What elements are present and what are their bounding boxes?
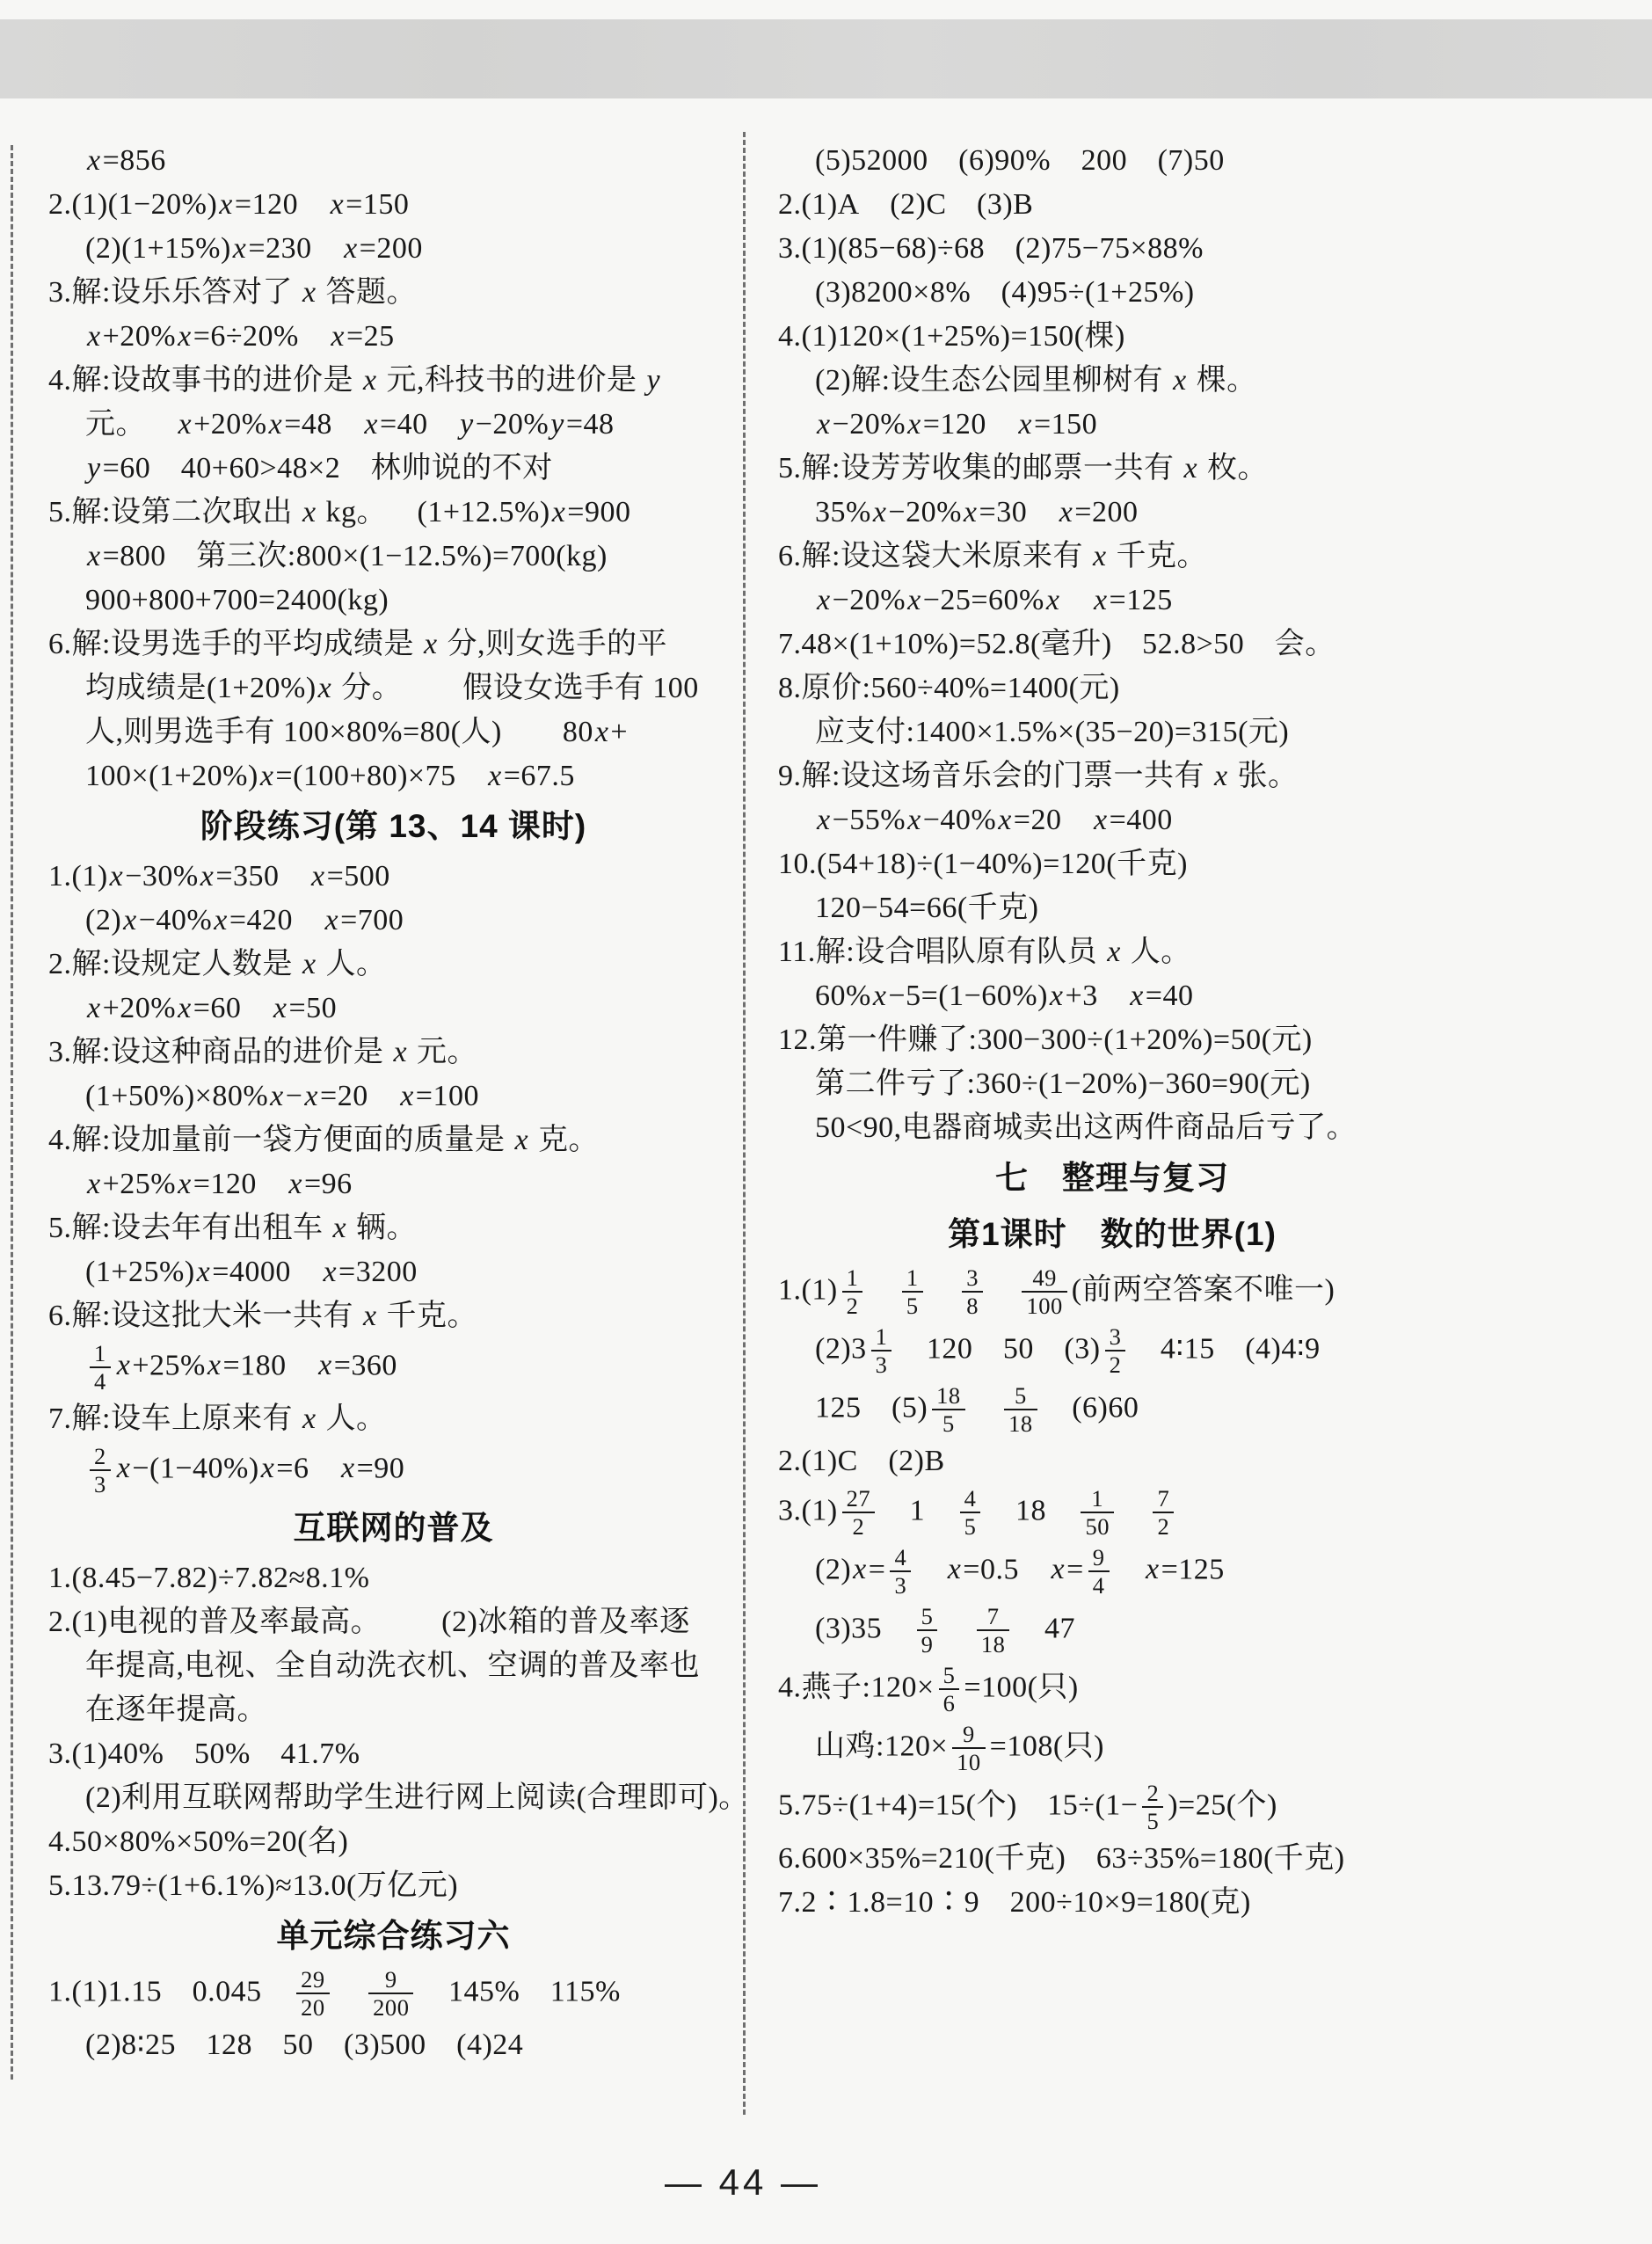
math-variable: y bbox=[645, 364, 663, 397]
answer-line: 6.解:设男选手的平均成绩是 x 分,则女选手的平 bbox=[48, 623, 739, 667]
answer-line: 6.解:设这批大米一共有 x 千克。 bbox=[48, 1294, 739, 1338]
math-variable: x bbox=[815, 584, 833, 616]
answer-line: 均成绩是(1+20%)x 分。 假设女选手有 100 bbox=[48, 667, 739, 710]
math-variable: x bbox=[324, 904, 341, 936]
answer-line: 7.2∶1.8=10∶9 200÷10×9=180(克) bbox=[778, 1881, 1446, 1925]
math-variable: x bbox=[1092, 584, 1110, 616]
fraction: 12 bbox=[842, 1264, 863, 1320]
math-variable: x bbox=[85, 320, 103, 353]
answer-line: (2)x=43 x=0.5 x=94 x=125 bbox=[778, 1542, 1446, 1601]
math-variable: x bbox=[1049, 1553, 1066, 1585]
answer-line: 14x+25%x=180 x=360 bbox=[48, 1338, 739, 1397]
answer-line: 7.48×(1+10%)=52.8(毫升) 52.8>50 会。 bbox=[778, 623, 1446, 667]
fraction: 94 bbox=[1088, 1544, 1110, 1599]
answer-line: 120−54=66(千克) bbox=[778, 886, 1446, 930]
math-variable: x bbox=[317, 1349, 334, 1381]
math-variable: x bbox=[217, 188, 235, 221]
math-variable: x bbox=[176, 320, 193, 353]
answer-line: 5.解:设去年有出租车 x 辆。 bbox=[48, 1206, 739, 1250]
math-variable: x bbox=[962, 496, 979, 528]
answer-line: 50<90,电器商城卖出这两件商品后亏了。 bbox=[778, 1106, 1446, 1150]
math-variable: x bbox=[108, 860, 126, 892]
scan-top-band bbox=[0, 19, 1652, 98]
answer-line: x+25%x=120 x=96 bbox=[48, 1162, 739, 1206]
answer-line: 10.(54+18)÷(1−40%)=120(千克) bbox=[778, 842, 1446, 886]
math-variable: x bbox=[1144, 1553, 1161, 1585]
answer-line: 4.50×80%×50%=20(名) bbox=[48, 1820, 739, 1864]
fraction: 150 bbox=[1081, 1485, 1114, 1541]
fraction: 14 bbox=[90, 1340, 111, 1395]
math-variable: x bbox=[199, 860, 216, 892]
fraction: 23 bbox=[90, 1443, 111, 1498]
answer-line: (2)313 120 50 (3)32 4∶15 (4)4∶9 bbox=[778, 1322, 1446, 1381]
answer-line: 3.(1)40% 50% 41.7% bbox=[48, 1732, 739, 1776]
answer-line: (2)x−40%x=420 x=700 bbox=[48, 899, 739, 943]
math-variable: x bbox=[176, 992, 193, 1024]
answer-line: 2.(1)(1−20%)x=120 x=150 bbox=[48, 183, 739, 227]
answer-line: 3.(1)272 1 45 18 150 72 bbox=[778, 1483, 1446, 1542]
math-variable: x bbox=[851, 1553, 869, 1585]
answer-line: 8.原价:560÷40%=1400(元) bbox=[778, 667, 1446, 710]
fraction: 9200 bbox=[368, 1966, 413, 2022]
answer-line: x=800 第三次:800×(1−12.5%)=700(kg) bbox=[48, 535, 739, 579]
math-variable: x bbox=[85, 540, 103, 572]
math-variable: x bbox=[906, 584, 923, 616]
answer-line: y=60 40+60>48×2 林帅说的不对 bbox=[48, 447, 739, 491]
answer-line: 2.(1)电视的普及率最高。 (2)冰箱的普及率逐 bbox=[48, 1600, 739, 1644]
answer-line: 4.燕子:120×56=100(只) bbox=[778, 1660, 1446, 1719]
fraction: 518 bbox=[1004, 1382, 1037, 1438]
fraction: 38 bbox=[962, 1264, 983, 1320]
answer-line: (2)8∶25 128 50 (3)500 (4)24 bbox=[48, 2023, 739, 2067]
math-variable: x bbox=[361, 364, 379, 397]
column-left: x=8562.(1)(1−20%)x=120 x=150(2)(1+15%)x=… bbox=[48, 139, 739, 2067]
fraction: 49100 bbox=[1022, 1264, 1066, 1320]
math-variable: x bbox=[272, 992, 289, 1024]
answer-line: 35%x−20%x=30 x=200 bbox=[778, 491, 1446, 535]
fraction: 185 bbox=[932, 1382, 965, 1438]
math-variable: x bbox=[1171, 364, 1189, 397]
section-heading: 单元综合练习六 bbox=[48, 1908, 739, 1964]
math-variable: x bbox=[398, 1080, 416, 1112]
math-variable: x bbox=[361, 1300, 379, 1332]
math-variable: x bbox=[115, 1349, 133, 1381]
fraction: 910 bbox=[952, 1721, 986, 1776]
math-variable: x bbox=[85, 144, 103, 177]
math-variable: x bbox=[422, 628, 440, 660]
math-variable: x bbox=[996, 804, 1014, 836]
math-variable: x bbox=[206, 1349, 223, 1381]
math-variable: y bbox=[549, 408, 566, 441]
fraction: 45 bbox=[960, 1485, 981, 1541]
answer-line: 1.(1)x−30%x=350 x=500 bbox=[48, 855, 739, 899]
answer-line: 7.解:设车上原来有 x 人。 bbox=[48, 1397, 739, 1441]
math-variable: x bbox=[362, 408, 380, 441]
answer-line: 60%x−5=(1−60%)x+3 x=40 bbox=[778, 974, 1446, 1018]
math-variable: x bbox=[906, 408, 923, 441]
answer-line: (1+50%)×80%x−x=20 x=100 bbox=[48, 1075, 739, 1118]
fraction: 15 bbox=[902, 1264, 923, 1320]
math-variable: x bbox=[1105, 936, 1123, 968]
fraction: 2920 bbox=[296, 1966, 330, 2022]
answer-line: 在逐年提高。 bbox=[48, 1688, 739, 1732]
math-variable: x bbox=[593, 716, 611, 748]
math-variable: x bbox=[550, 496, 568, 528]
math-variable: x bbox=[342, 232, 360, 265]
answer-line: 3.解:设这种商品的进价是 x 元。 bbox=[48, 1031, 739, 1075]
math-variable: x bbox=[85, 992, 103, 1024]
math-variable: x bbox=[231, 232, 249, 265]
answer-line: 山鸡:120×910=108(只) bbox=[778, 1719, 1446, 1778]
answer-line: 2.(1)A (2)C (3)B bbox=[778, 183, 1446, 227]
column-right: (5)52000 (6)90% 200 (7)502.(1)A (2)C (3)… bbox=[778, 139, 1446, 1925]
math-variable: x bbox=[871, 496, 889, 528]
section-heading: 阶段练习(第 13、14 课时) bbox=[48, 798, 739, 855]
math-variable: x bbox=[1058, 496, 1075, 528]
math-variable: x bbox=[1016, 408, 1034, 441]
math-variable: x bbox=[301, 1402, 318, 1435]
answer-line: (2)利用互联网帮助学生进行网上阅读(合理即可)。 bbox=[48, 1776, 739, 1820]
math-variable: x bbox=[1091, 540, 1109, 572]
answer-line: 元。 x+20%x=48 x=40 y−20%y=48 bbox=[48, 403, 739, 447]
math-variable: y bbox=[85, 452, 103, 484]
answer-line: 4.解:设故事书的进价是 x 元,科技书的进价是 y bbox=[48, 359, 739, 403]
math-variable: x bbox=[177, 408, 194, 441]
fraction: 25 bbox=[1142, 1780, 1163, 1835]
math-variable: x bbox=[267, 408, 285, 441]
math-variable: x bbox=[268, 1080, 286, 1112]
answer-line: 900+800+700=2400(kg) bbox=[48, 579, 739, 623]
answer-line: x=856 bbox=[48, 139, 739, 183]
section-heading: 互联网的普及 bbox=[48, 1500, 739, 1556]
answer-line: x−20%x−25=60%x x=125 bbox=[778, 579, 1446, 623]
answer-line: (2)解:设生态公园里柳树有 x 棵。 bbox=[778, 359, 1446, 403]
answer-line: 2.解:设规定人数是 x 人。 bbox=[48, 943, 739, 987]
math-variable: x bbox=[1044, 584, 1062, 616]
answer-line: x+20%x=60 x=50 bbox=[48, 987, 739, 1031]
answer-line: x+20%x=6÷20% x=25 bbox=[48, 315, 739, 359]
answer-line: 3.解:设乐乐答对了 x 答题。 bbox=[48, 271, 739, 315]
answer-line: 1.(1)12 15 38 49100(前两空答案不唯一) bbox=[778, 1263, 1446, 1322]
math-variable: x bbox=[486, 760, 504, 792]
answer-line: 1.(1)1.15 0.045 2920 9200 145% 115% bbox=[48, 1964, 739, 2023]
answer-line: x−20%x=120 x=150 bbox=[778, 403, 1446, 447]
math-variable: x bbox=[301, 496, 318, 528]
math-variable: x bbox=[317, 672, 334, 704]
math-variable: x bbox=[195, 1256, 213, 1288]
math-variable: x bbox=[1128, 980, 1146, 1012]
section-heading: 七 整理与复习 bbox=[778, 1150, 1446, 1206]
answer-line: (1+25%)x=4000 x=3200 bbox=[48, 1250, 739, 1294]
answer-line: 人,则男选手有 100×80%=80(人) 80x+ bbox=[48, 710, 739, 754]
answer-line: 12.第一件赚了:300−300÷(1+20%)=50(元) bbox=[778, 1018, 1446, 1062]
math-variable: x bbox=[946, 1553, 964, 1585]
math-variable: x bbox=[391, 1036, 409, 1068]
math-variable: x bbox=[212, 904, 229, 936]
answer-line: 9.解:设这场音乐会的门票一共有 x 张。 bbox=[778, 754, 1446, 798]
answer-line: 5.解:设第二次取出 x kg。 (1+12.5%)x=900 bbox=[48, 491, 739, 535]
answer-line: 应支付:1400×1.5%×(35−20)=315(元) bbox=[778, 710, 1446, 754]
fraction: 56 bbox=[939, 1662, 960, 1717]
fraction: 72 bbox=[1153, 1485, 1174, 1541]
answer-line: 3.(1)(85−68)÷68 (2)75−75×88% bbox=[778, 227, 1446, 271]
answer-line: 5.13.79÷(1+6.1%)≈13.0(万亿元) bbox=[48, 1864, 739, 1908]
math-variable: x bbox=[871, 980, 889, 1012]
page-left-dashed-rule bbox=[11, 145, 13, 2080]
fraction: 59 bbox=[917, 1603, 938, 1658]
answer-line: 4.(1)120×(1+25%)=150(棵) bbox=[778, 315, 1446, 359]
section-heading: 第1课时 数的世界(1) bbox=[778, 1206, 1446, 1263]
math-variable: x bbox=[258, 760, 276, 792]
answer-line: 23x−(1−40%)x=6 x=90 bbox=[48, 1441, 739, 1500]
fraction: 32 bbox=[1105, 1323, 1126, 1379]
answer-line: 年提高,电视、全自动洗衣机、空调的普及率也 bbox=[48, 1644, 739, 1688]
math-variable: x bbox=[339, 1452, 357, 1484]
answer-line: 第二件亏了:360÷(1−20%)−360=90(元) bbox=[778, 1062, 1446, 1106]
math-variable: x bbox=[513, 1124, 530, 1156]
answer-line: (3)8200×8% (4)95÷(1+25%) bbox=[778, 271, 1446, 315]
answer-line: 11.解:设合唱队原有队员 x 人。 bbox=[778, 930, 1446, 974]
math-variable: x bbox=[309, 860, 327, 892]
answer-line: 6.解:设这袋大米原来有 x 千克。 bbox=[778, 535, 1446, 579]
answer-line: x−55%x−40%x=20 x=400 bbox=[778, 798, 1446, 842]
answer-line: 6.600×35%=210(千克) 63÷35%=180(千克) bbox=[778, 1837, 1446, 1881]
fraction: 272 bbox=[842, 1485, 876, 1541]
math-variable: x bbox=[321, 1256, 338, 1288]
fraction: 13 bbox=[871, 1323, 892, 1379]
scanned-answer-page: { "page": { "number_label": "— 44 —", "b… bbox=[0, 0, 1652, 2244]
math-variable: x bbox=[1048, 980, 1066, 1012]
answer-line: (5)52000 (6)90% 200 (7)50 bbox=[778, 139, 1446, 183]
answer-line: 5.75÷(1+4)=15(个) 15÷(1−25)=25(个) bbox=[778, 1778, 1446, 1837]
math-variable: x bbox=[329, 188, 346, 221]
answer-line: 4.解:设加量前一袋方便面的质量是 x 克。 bbox=[48, 1118, 739, 1162]
fraction: 43 bbox=[890, 1544, 911, 1599]
math-variable: x bbox=[115, 1452, 133, 1484]
math-variable: x bbox=[259, 1452, 277, 1484]
math-variable: x bbox=[287, 1168, 304, 1200]
answer-line: 2.(1)C (2)B bbox=[778, 1439, 1446, 1483]
fraction: 718 bbox=[977, 1603, 1010, 1658]
answer-line: 100×(1+20%)x=(100+80)×75 x=67.5 bbox=[48, 754, 739, 798]
page-number: — 44 — bbox=[0, 2161, 1486, 2204]
math-variable: x bbox=[1182, 452, 1199, 484]
math-variable: x bbox=[176, 1168, 193, 1200]
math-variable: x bbox=[302, 1080, 320, 1112]
math-variable: x bbox=[906, 804, 923, 836]
math-variable: x bbox=[329, 320, 346, 353]
math-variable: x bbox=[331, 1212, 348, 1244]
answer-line: 1.(8.45−7.82)÷7.82≈8.1% bbox=[48, 1556, 739, 1600]
math-variable: x bbox=[301, 948, 318, 980]
answer-line: 5.解:设芳芳收集的邮票一共有 x 枚。 bbox=[778, 447, 1446, 491]
math-variable: x bbox=[85, 1168, 103, 1200]
math-variable: x bbox=[815, 408, 833, 441]
math-variable: x bbox=[1092, 804, 1110, 836]
answer-line: 125 (5)185 518 (6)60 bbox=[778, 1381, 1446, 1439]
math-variable: x bbox=[1212, 760, 1230, 792]
math-variable: x bbox=[815, 804, 833, 836]
math-variable: y bbox=[458, 408, 476, 441]
answer-line: (3)35 59 718 47 bbox=[778, 1601, 1446, 1660]
answer-line: (2)(1+15%)x=230 x=200 bbox=[48, 227, 739, 271]
math-variable: x bbox=[301, 276, 318, 309]
math-variable: x bbox=[121, 904, 139, 936]
